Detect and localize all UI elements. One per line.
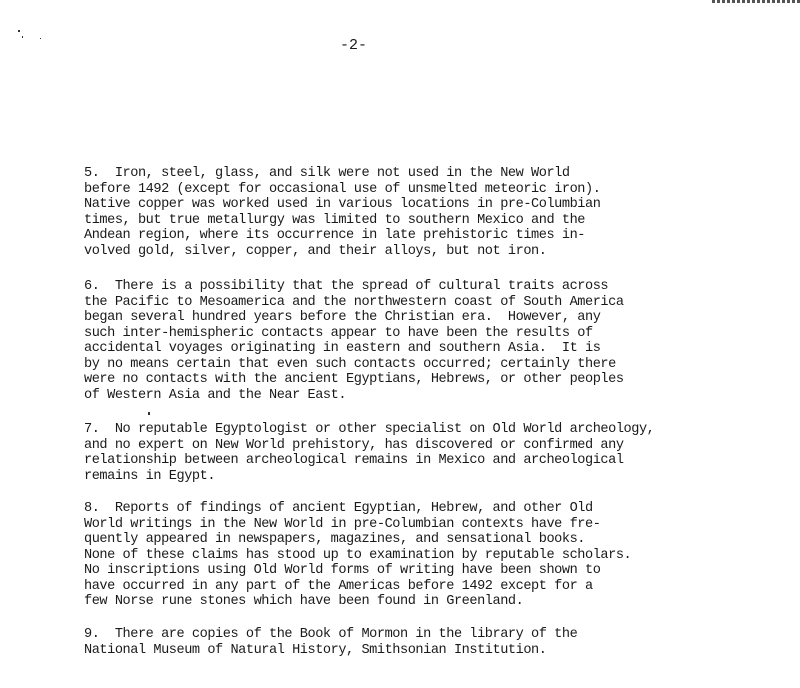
text-line: and no expert on New World prehistory, h… [84, 438, 624, 453]
text-line: Native copper was worked used in various… [84, 197, 600, 212]
text-line: Andean region, where its occurrence in l… [84, 228, 585, 243]
scan-speck [22, 36, 23, 38]
text-line: times, but true metallurgy was limited t… [84, 213, 585, 228]
paragraph-7: 7. No reputable Egyptologist or other sp… [84, 422, 654, 484]
text-line: of Western Asia and the Near East. [84, 388, 346, 403]
text-line: 7. No reputable Egyptologist or other sp… [84, 422, 654, 437]
page-number: -2- [340, 37, 367, 54]
scan-speck [148, 412, 150, 415]
text-line: have occurred in any part of the America… [84, 579, 593, 594]
text-line: 6. There is a possibility that the sprea… [84, 279, 608, 294]
scan-speck [40, 38, 41, 39]
text-line: None of these claims has stood up to exa… [84, 548, 631, 563]
document-page: -2- 5. Iron, steel, glass, and silk were… [0, 0, 800, 688]
paragraph-9: 9. There are copies of the Book of Mormo… [84, 627, 577, 658]
text-line: quently appeared in newspapers, magazine… [84, 532, 585, 547]
scan-artifact [712, 0, 800, 3]
text-line: were no contacts with the ancient Egypti… [84, 372, 624, 387]
text-line: 9. There are copies of the Book of Mormo… [84, 627, 577, 642]
paragraph-8: 8. Reports of findings of ancient Egypti… [84, 501, 631, 610]
text-line: World writings in the New World in pre-C… [84, 517, 600, 532]
text-line: 5. Iron, steel, glass, and silk were not… [84, 166, 570, 181]
paragraph-6: 6. There is a possibility that the sprea… [84, 279, 624, 403]
text-line: National Museum of Natural History, Smit… [84, 643, 546, 658]
text-line: began several hundred years before the C… [84, 310, 600, 325]
text-line: few Norse rune stones which have been fo… [84, 594, 523, 609]
paragraph-5: 5. Iron, steel, glass, and silk were not… [84, 166, 600, 259]
text-line: relationship between archeological remai… [84, 453, 624, 468]
text-line: volved gold, silver, copper, and their a… [84, 244, 546, 259]
text-line: remains in Egypt. [84, 469, 215, 484]
text-line: the Pacific to Mesoamerica and the north… [84, 295, 624, 310]
text-line: before 1492 (except for occasional use o… [84, 182, 600, 197]
text-line: 8. Reports of findings of ancient Egypti… [84, 501, 593, 516]
text-line: such inter-hemispheric contacts appear t… [84, 326, 593, 341]
text-line: No inscriptions using Old World forms of… [84, 563, 600, 578]
text-line: accidental voyages originating in easter… [84, 341, 600, 356]
text-line: by no means certain that even such conta… [84, 357, 616, 372]
scan-speck [18, 30, 20, 32]
